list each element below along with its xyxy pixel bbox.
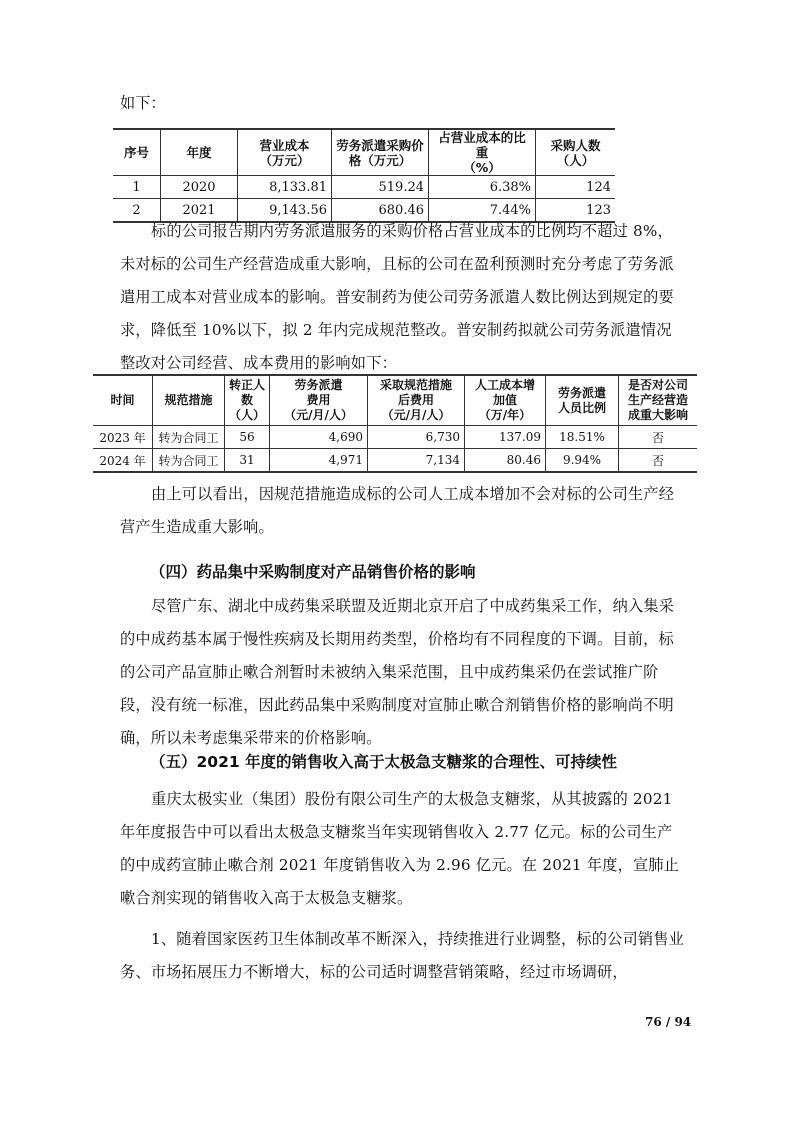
table-cell: 6.38% [429,176,536,199]
table-row: 2023 年 转为合同工 56 4,690 6,730 137.09 18.51… [93,426,697,449]
header-cell: 时间 [93,375,153,426]
table-cell: 4,690 [270,426,368,449]
header-cell: 占营业成本的比重（%） [429,129,536,176]
header-cell: 是否对公司生产经营造成重大影响 [619,375,698,426]
table-header-row: 序号 年度 营业成本（万元） 劳务派遣采购价格（万元） 占营业成本的比重（%） … [113,129,615,176]
paragraph-conclusion: 由上可以看出，因规范措施造成标的公司人工成本增加不会对标的公司生产经营产生造成重… [120,478,685,544]
table-cell: 否 [619,449,698,473]
table-cell: 519.24 [332,176,429,199]
header-cell: 劳务派遣费用（元/月/人） [270,375,368,426]
table-cell: 18.51% [546,426,619,449]
table-cell: 137.09 [465,426,546,449]
table-cell: 1 [113,176,161,199]
header-cell: 人工成本增加值（万/年） [465,375,546,426]
table-cell: 2020 [161,176,238,199]
header-cell: 劳务派遣人员比例 [546,375,619,426]
header-cell: 采购人数（人） [536,129,616,176]
table-cell: 2023 年 [93,426,153,449]
table-cell: 56 [225,426,270,449]
table-cell: 转为合同工 [153,426,225,449]
table-cell: 124 [536,176,616,199]
paragraph-labor-dispatch: 标的公司报告期内劳务派遣服务的采购价格占营业成本的比例均不超过 8%，未对标的公… [120,215,685,380]
section-heading-4: （四）药品集中采购制度对产品销售价格的影响 [150,560,476,582]
header-cell: 劳务派遣采购价格（万元） [332,129,429,176]
section-heading-5: （五）2021 年度的销售收入高于太极急支糖浆的合理性、可持续性 [150,750,617,772]
header-cell: 规范措施 [153,375,225,426]
page-number: 76 / 94 [645,1015,691,1029]
labor-dispatch-cost-table: 序号 年度 营业成本（万元） 劳务派遣采购价格（万元） 占营业成本的比重（%） … [113,128,615,223]
table-cell: 转为合同工 [153,449,225,473]
paragraph-procurement: 尽管广东、湖北中成药集采联盟及近期北京开启了中成药集采工作，纳入集采的中成药基本… [120,590,685,755]
paragraph-reason-1: 1、随着国家医药卫生体制改革不断深入，持续推进行业调整，标的公司销售业务、市场拓… [120,923,685,989]
header-cell: 序号 [113,129,161,176]
table-row: 1 2020 8,133.81 519.24 6.38% 124 [113,176,615,199]
rectification-impact-table: 时间 规范措施 转正人数（人） 劳务派遣费用（元/月/人） 采取规范措施后费用（… [93,374,697,473]
table-cell: 31 [225,449,270,473]
table-cell: 2024 年 [93,449,153,473]
header-cell: 年度 [161,129,238,176]
header-cell: 营业成本（万元） [238,129,332,176]
paragraph-sales-comparison: 重庆太极实业（集团）股份有限公司生产的太极急支糖浆，从其披露的 2021 年年度… [120,783,685,915]
header-cell: 采取规范措施后费用（元/月/人） [368,375,465,426]
table-row: 2024 年 转为合同工 31 4,971 7,134 80.46 9.94% … [93,449,697,473]
table-cell: 8,133.81 [238,176,332,199]
table-cell: 9.94% [546,449,619,473]
lead-text: 如下： [120,92,166,113]
table-cell: 80.46 [465,449,546,473]
table-cell: 4,971 [270,449,368,473]
header-cell: 转正人数（人） [225,375,270,426]
table-cell: 6,730 [368,426,465,449]
table-cell: 否 [619,426,698,449]
table-header-row: 时间 规范措施 转正人数（人） 劳务派遣费用（元/月/人） 采取规范措施后费用（… [93,375,697,426]
table-cell: 7,134 [368,449,465,473]
